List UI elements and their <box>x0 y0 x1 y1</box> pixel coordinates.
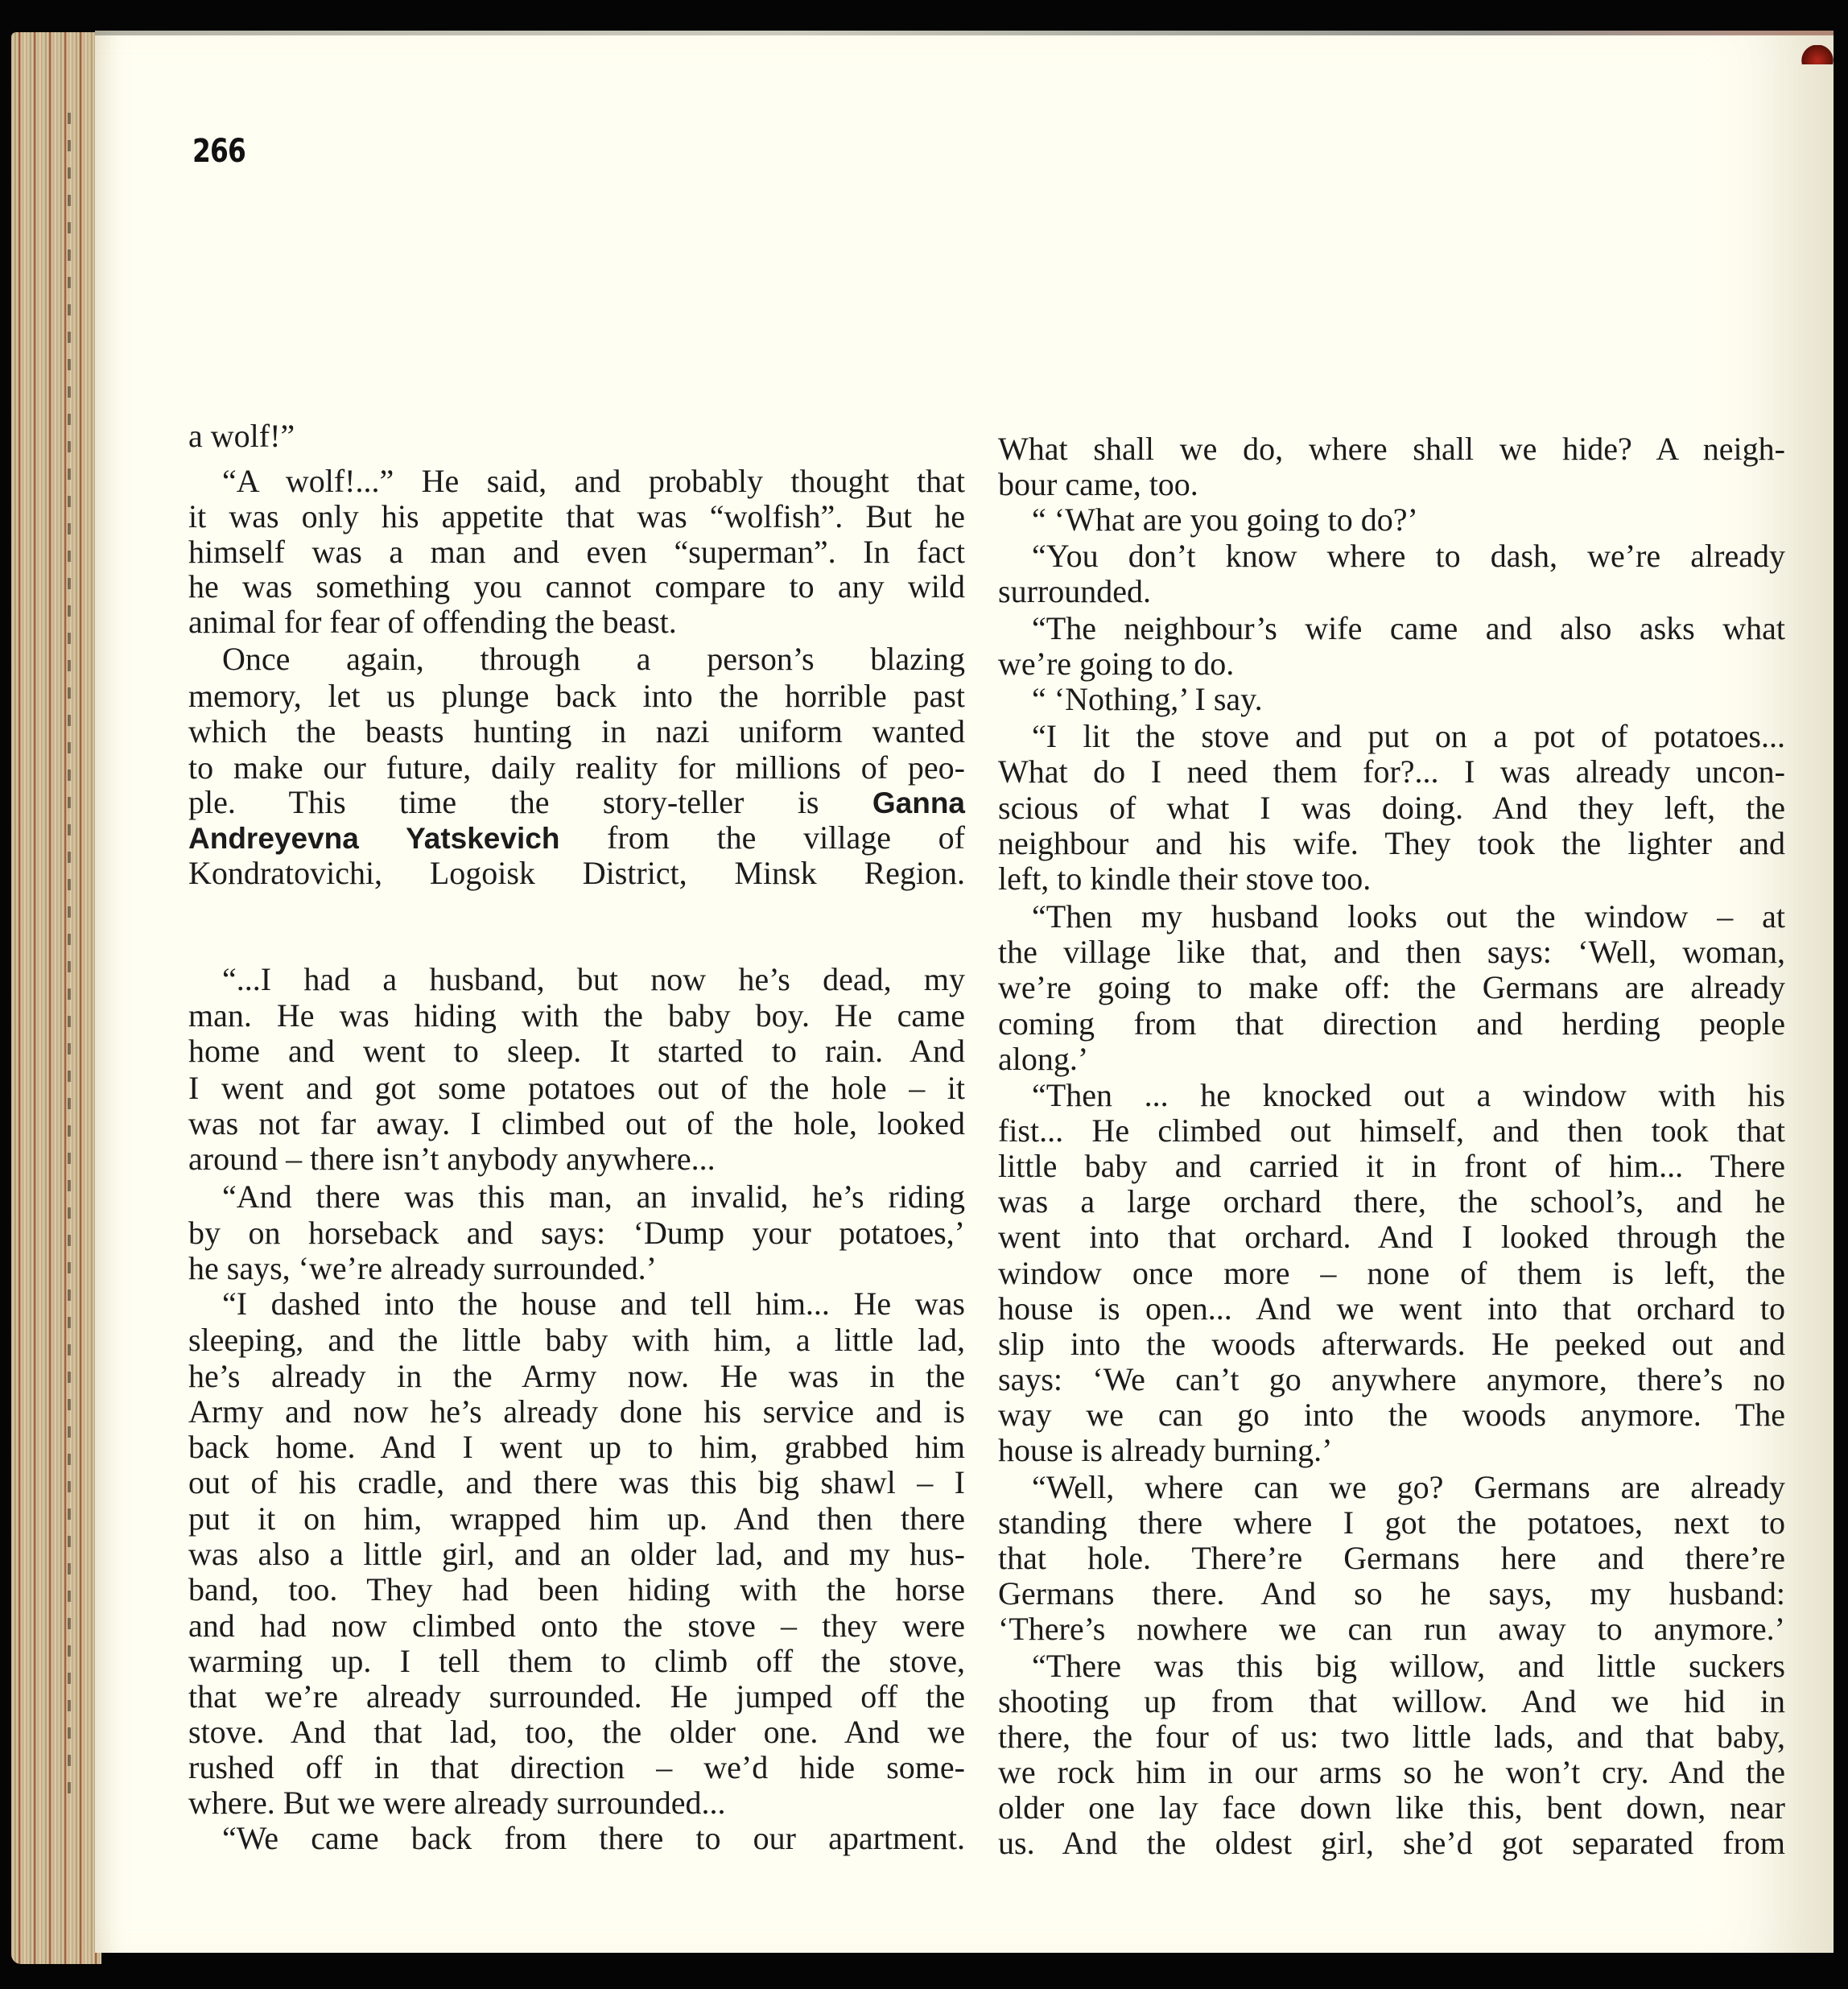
text-line: rushed off in that direction – we’d hide… <box>188 1750 965 1785</box>
text-line: where. But we were already surrounded... <box>188 1785 965 1821</box>
text-line: “There was this big willow, and little s… <box>998 1649 1785 1684</box>
text-line: “ ‘What are you going to do?’ <box>998 502 1785 538</box>
text-line: What shall we do, where shall we hide? A… <box>998 431 1785 467</box>
text-line: was not far away. I climbed out of the h… <box>188 1106 965 1141</box>
text-line: “I lit the stove and put on a pot of pot… <box>998 719 1785 754</box>
text-line: Andreyevna Yatskevich from the village o… <box>188 820 965 856</box>
text-line: older one lay face down like this, bent … <box>998 1790 1785 1826</box>
text-line: slip into the woods afterwards. He peeke… <box>998 1327 1785 1362</box>
text-line: What do I need them for?... I was alread… <box>998 754 1785 790</box>
storyteller-name: Ganna <box>872 786 965 819</box>
text-line: bour came, too. <box>998 467 1785 502</box>
text-line: stove. And that lad, too, the older one.… <box>188 1715 965 1750</box>
text-line: back home. And I went up to him, grabbed… <box>188 1430 965 1465</box>
text-line: by on horseback and says: ‘Dump your pot… <box>188 1215 965 1251</box>
top-page-strip <box>95 31 1834 35</box>
text-line: we’re going to do. <box>998 646 1785 682</box>
text-line: “We came back from there to our apartmen… <box>188 1821 965 1856</box>
bookmark-ribbon <box>1801 45 1834 64</box>
text-line: went into that orchard. And I looked thr… <box>998 1219 1785 1255</box>
text-line: house is open... And we went into that o… <box>998 1291 1785 1327</box>
text-line: shooting up from that willow. And we hid… <box>998 1684 1785 1719</box>
text-line: window once more – none of them is left,… <box>998 1256 1785 1291</box>
text-line: sleeping, and the little baby with him, … <box>188 1323 965 1358</box>
text-line: we rock him in our arms so he won’t cry.… <box>998 1755 1785 1790</box>
page-number: 266 <box>192 133 245 170</box>
text-line: man. He was hiding with the baby boy. He… <box>188 998 965 1034</box>
text-line: it was only his appetite that was “wolfi… <box>188 499 965 534</box>
text-line: standing there where I got the potatoes,… <box>998 1505 1785 1541</box>
text-line: to make our future, daily reality for mi… <box>188 750 965 786</box>
text-line: was also a little girl, and an older lad… <box>188 1537 965 1572</box>
text-line: was a large orchard there, the school’s,… <box>998 1184 1785 1219</box>
text-line: coming from that direction and herding p… <box>998 1006 1785 1042</box>
text-line: says: ‘We can’t go anywhere anymore, the… <box>998 1362 1785 1397</box>
text-line: “I dashed into the house and tell him...… <box>188 1286 965 1322</box>
text-line: us. And the oldest girl, she’d got separ… <box>998 1826 1785 1861</box>
text-line: band, too. They had been hiding with the… <box>188 1572 965 1607</box>
text-line: way we can go into the woods anymore. Th… <box>998 1397 1785 1433</box>
text-line: Once again, through a person’s blazing <box>188 642 965 677</box>
text-line: “ ‘Nothing,’ I say. <box>998 682 1785 717</box>
text-line: “And there was this man, an invalid, he’… <box>188 1179 965 1215</box>
text-line: “Well, where can we go? Germans are alre… <box>998 1470 1785 1505</box>
text-line: himself was a man and even “superman”. I… <box>188 534 965 570</box>
text-line: there, the four of us: two little lads, … <box>998 1719 1785 1755</box>
text-line: put it on him, wrapped him up. And then … <box>188 1501 965 1537</box>
text-line: house is already burning.’ <box>998 1433 1785 1468</box>
text-line: he’s already in the Army now. He was in … <box>188 1359 965 1394</box>
text-line: animal for fear of offending the beast. <box>188 605 965 640</box>
storyteller-name: Andreyevna Yatskevich <box>188 822 559 855</box>
text-line: “Then my husband looks out the window – … <box>998 899 1785 935</box>
text-line: the village like that, and then says: ‘W… <box>998 935 1785 970</box>
text-line: neighbour and his wife. They took the li… <box>998 826 1785 861</box>
text-line: Army and now he’s already done his servi… <box>188 1394 965 1430</box>
text-line: and had now climbed onto the stove – the… <box>188 1608 965 1644</box>
text-line: around – there isn’t anybody anywhere... <box>188 1141 965 1177</box>
text-line: “You don’t know where to dash, we’re alr… <box>998 539 1785 574</box>
text-line: memory, let us plunge back into the horr… <box>188 679 965 714</box>
text-line: that we’re already surrounded. He jumped… <box>188 1679 965 1715</box>
text-line: that hole. There’re Germans here and the… <box>998 1541 1785 1576</box>
text-line: “Then ... he knocked out a window with h… <box>998 1078 1785 1113</box>
text-line: “The neighbour’s wife came and also asks… <box>998 611 1785 646</box>
text-line: out of his cradle, and there was this bi… <box>188 1465 965 1500</box>
text-line: he was something you cannot compare to a… <box>188 569 965 605</box>
text-line: warming up. I tell them to climb off the… <box>188 1644 965 1679</box>
text-line: fist... He climbed out himself, and then… <box>998 1113 1785 1149</box>
text-line: little baby and carried it in front of h… <box>998 1149 1785 1184</box>
text-line: “A wolf!...” He said, and probably thoug… <box>188 464 965 499</box>
text-line: I went and got some potatoes out of the … <box>188 1071 965 1106</box>
text-line: left, to kindle their stove too. <box>998 861 1785 897</box>
text-line: he says, ‘we’re already surrounded.’ <box>188 1251 965 1286</box>
text-line: a wolf!” <box>188 419 965 454</box>
text-line: surrounded. <box>998 574 1785 609</box>
text-line: “...I had a husband, but now he’s dead, … <box>188 962 965 997</box>
book-page-edges <box>11 32 101 1964</box>
text-line: Kondratovichi, Logoisk District, Minsk R… <box>188 856 965 891</box>
text-line: scious of what I was doing. And they lef… <box>998 790 1785 826</box>
text-line: home and went to sleep. It started to ra… <box>188 1034 965 1069</box>
text-line: ‘There’s nowhere we can run away to anym… <box>998 1611 1785 1647</box>
text-line: ple. This time the story-teller is Ganna <box>188 785 965 821</box>
text-line: which the beasts hunting in nazi uniform… <box>188 714 965 749</box>
text-line: along.’ <box>998 1042 1785 1077</box>
text-line: we’re going to make off: the Germans are… <box>998 970 1785 1005</box>
text-line: Germans there. And so he says, my husban… <box>998 1576 1785 1611</box>
